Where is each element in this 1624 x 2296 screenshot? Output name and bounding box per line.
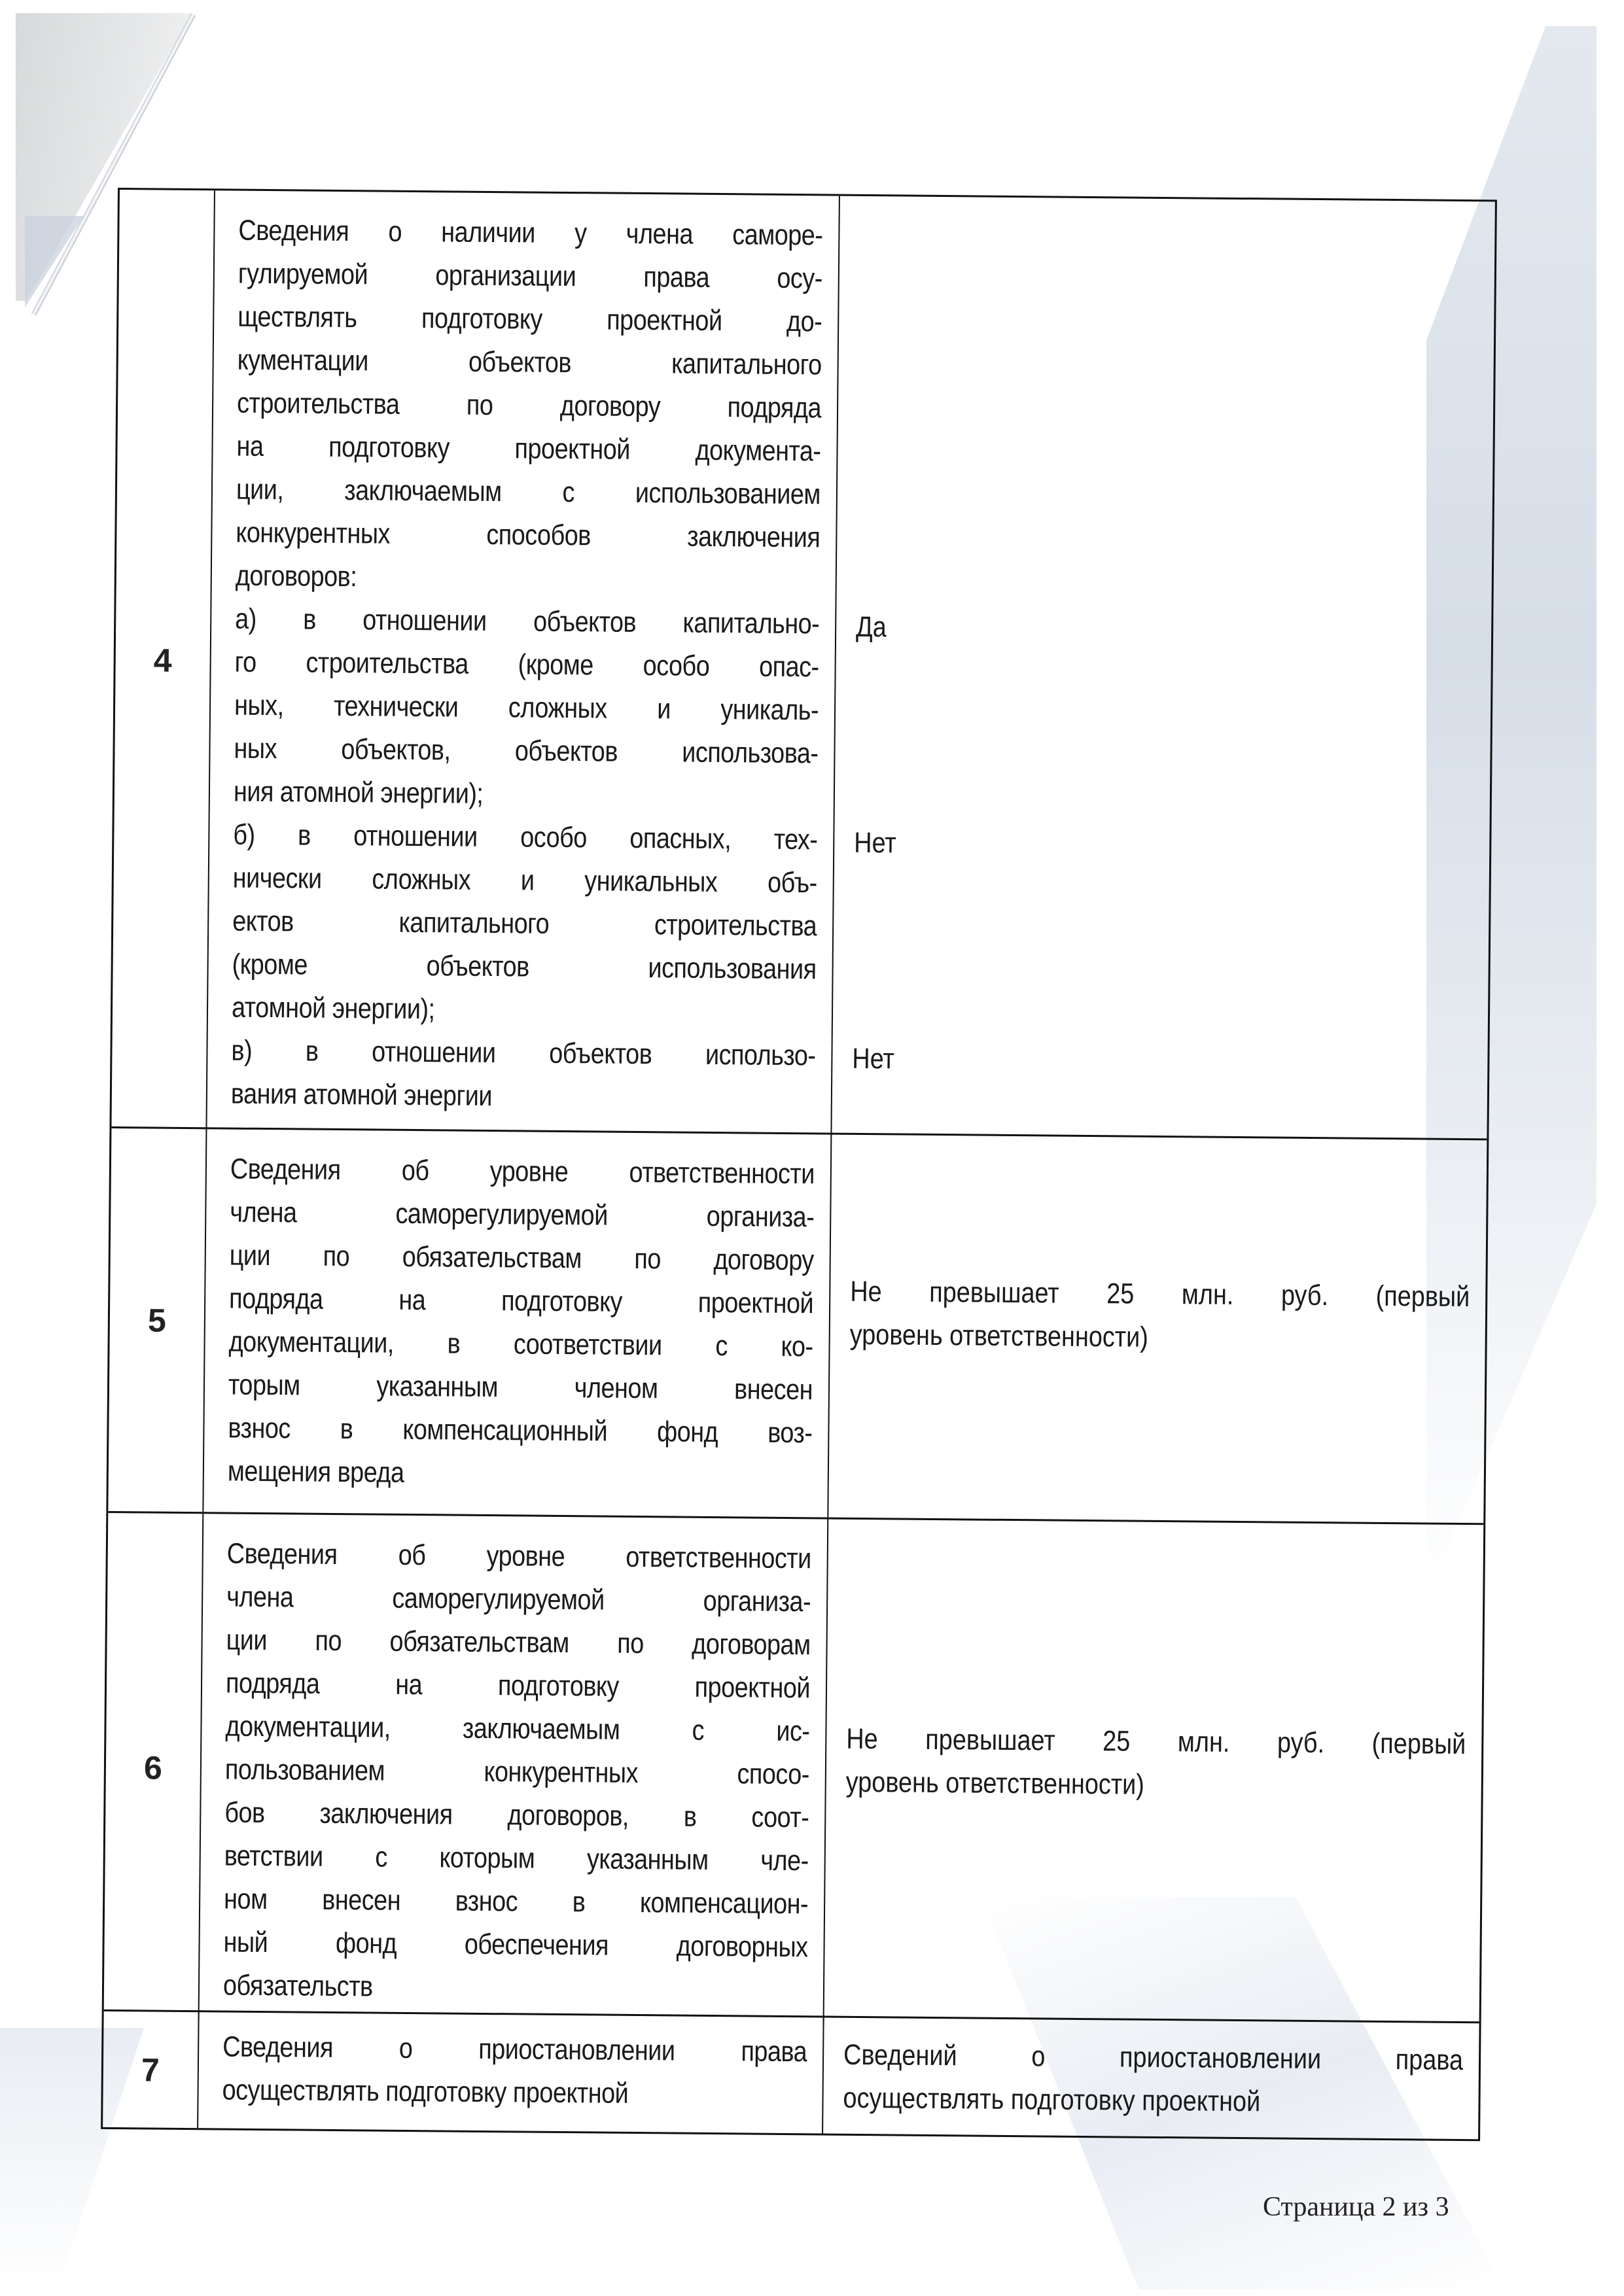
description-line: договоров: — [236, 555, 821, 603]
register-extract-table: 4 Сведения о наличии у члена саморе-гули… — [101, 188, 1497, 2141]
description-line: ных объектов, объектов использова- — [234, 727, 819, 776]
description-line: ществлять подготовку проектной до- — [238, 296, 822, 344]
value-line: осуществлять подготовку проектной — [843, 2077, 1463, 2125]
description-line: ном внесен взнос в компенсацион- — [224, 1878, 809, 1926]
value-line: уровень ответственности) — [845, 1761, 1466, 1809]
value-text: Нет — [854, 822, 896, 865]
description-line: пользованием конкурентных спосо- — [225, 1748, 810, 1797]
watermark-shape — [25, 216, 84, 307]
value-line: Не превышает 25 млн. руб. (первый — [850, 1270, 1470, 1318]
value-line: уровень ответственности) — [849, 1313, 1470, 1361]
description-line: в) в отношении объектов использо- — [231, 1030, 816, 1078]
description-line: атомной энергии); — [232, 986, 817, 1035]
description-line: члена саморегулируемой организа- — [226, 1576, 811, 1624]
value-line: Не превышает 25 млн. руб. (первый — [846, 1718, 1466, 1766]
table-row: 4 Сведения о наличии у члена саморе-гули… — [111, 190, 1494, 1138]
description-line: го строительства (кроме особо опас- — [234, 641, 819, 689]
description-line: конкурентных способов заключения — [236, 512, 821, 560]
description-line: Сведения об уровне ответственности — [226, 1533, 811, 1581]
description-line: ции, заключаемым с использованием — [236, 468, 821, 517]
description-line: кументации объектов капитального — [237, 339, 822, 387]
description-line: нически сложных и уникальных объ- — [233, 857, 818, 905]
description-line: ный фонд обеспечения договорных — [223, 1921, 808, 1970]
row-description: Сведения об уровне ответственностичлена … — [202, 1129, 830, 1517]
row-description: Сведения об уровне ответственностичлена … — [198, 1514, 828, 2028]
description-line: ектов капитального строительства — [232, 900, 817, 948]
row-value: Не превышает 25 млн. руб. (первыйуровень… — [822, 1520, 1483, 2034]
description-line: подряда на подготовку проектной — [226, 1662, 811, 1711]
row-value: ДаНетНет — [830, 196, 1495, 1143]
row-number: 4 — [111, 190, 214, 1131]
description-line: документации, заключаемым с ис- — [225, 1705, 810, 1754]
row-number: 6 — [104, 1513, 203, 2023]
description-line: ных, технически сложных и уникаль- — [234, 684, 819, 733]
description-line: обязательств — [223, 1964, 808, 2013]
description-line: мещения вреда — [228, 1450, 813, 1499]
value-text: Да — [856, 606, 887, 649]
row-value: Не превышает 25 млн. руб. (первыйуровень… — [827, 1135, 1487, 1523]
table-row: 5 Сведения об уровне ответственностичлен… — [108, 1126, 1487, 1523]
description-line: на подготовку проектной документа- — [236, 425, 821, 474]
description-line: бов заключения договоров, в соот- — [224, 1792, 809, 1840]
description-line: ции по обязательствам по договорам — [226, 1619, 811, 1667]
description-line: а) в отношении объектов капитально- — [235, 598, 820, 646]
row-number: 7 — [103, 2011, 198, 2128]
description-line: подряда на подготовку проектной — [229, 1278, 814, 1326]
description-line: гулируемой организации права осу- — [238, 252, 823, 301]
value-text: Нет — [852, 1037, 894, 1081]
row-description: Сведения о приостановлении праваосуществ… — [197, 2012, 823, 2133]
description-line: (кроме объектов использования — [232, 943, 817, 992]
description-line: осуществлять подготовку проектной — [222, 2069, 807, 2117]
description-line: взнос в компенсационный фонд воз- — [228, 1407, 813, 1455]
row-description: Сведения о наличии у члена саморе-гулиру… — [205, 190, 839, 1136]
description-line: Сведения о приостановлении права — [222, 2026, 807, 2074]
description-line: Сведения об уровне ответственности — [230, 1148, 815, 1196]
description-line: строительства по договору подряда — [237, 382, 822, 430]
description-line: Сведения о наличии у члена саморе- — [238, 209, 823, 258]
description-line: ния атомной энергии); — [234, 771, 819, 819]
row-value: Сведений о приостановлении праваосуществ… — [822, 2018, 1479, 2140]
row-number: 5 — [108, 1128, 205, 1512]
table-row: 7 Сведения о приостановлении праваосущес… — [103, 2009, 1479, 2139]
page-number: Страница 2 из 3 — [1263, 2191, 1449, 2223]
description-line: ветствии с которым указанным чле- — [224, 1835, 809, 1883]
description-line: б) в отношении особо опасных, тех- — [233, 814, 818, 862]
description-line: ции по обязательствам по договору — [229, 1234, 814, 1283]
description-line: документации, в соответствии с ко- — [228, 1321, 813, 1369]
description-line: торым указанным членом внесен — [228, 1364, 813, 1412]
value-line: Сведений о приостановлении права — [843, 2034, 1464, 2082]
description-line: вания атомной энергии — [231, 1073, 816, 1121]
description-line: члена саморегулируемой организа- — [230, 1191, 815, 1240]
table-row: 6 Сведения об уровне ответственностичлен… — [104, 1511, 1484, 2021]
